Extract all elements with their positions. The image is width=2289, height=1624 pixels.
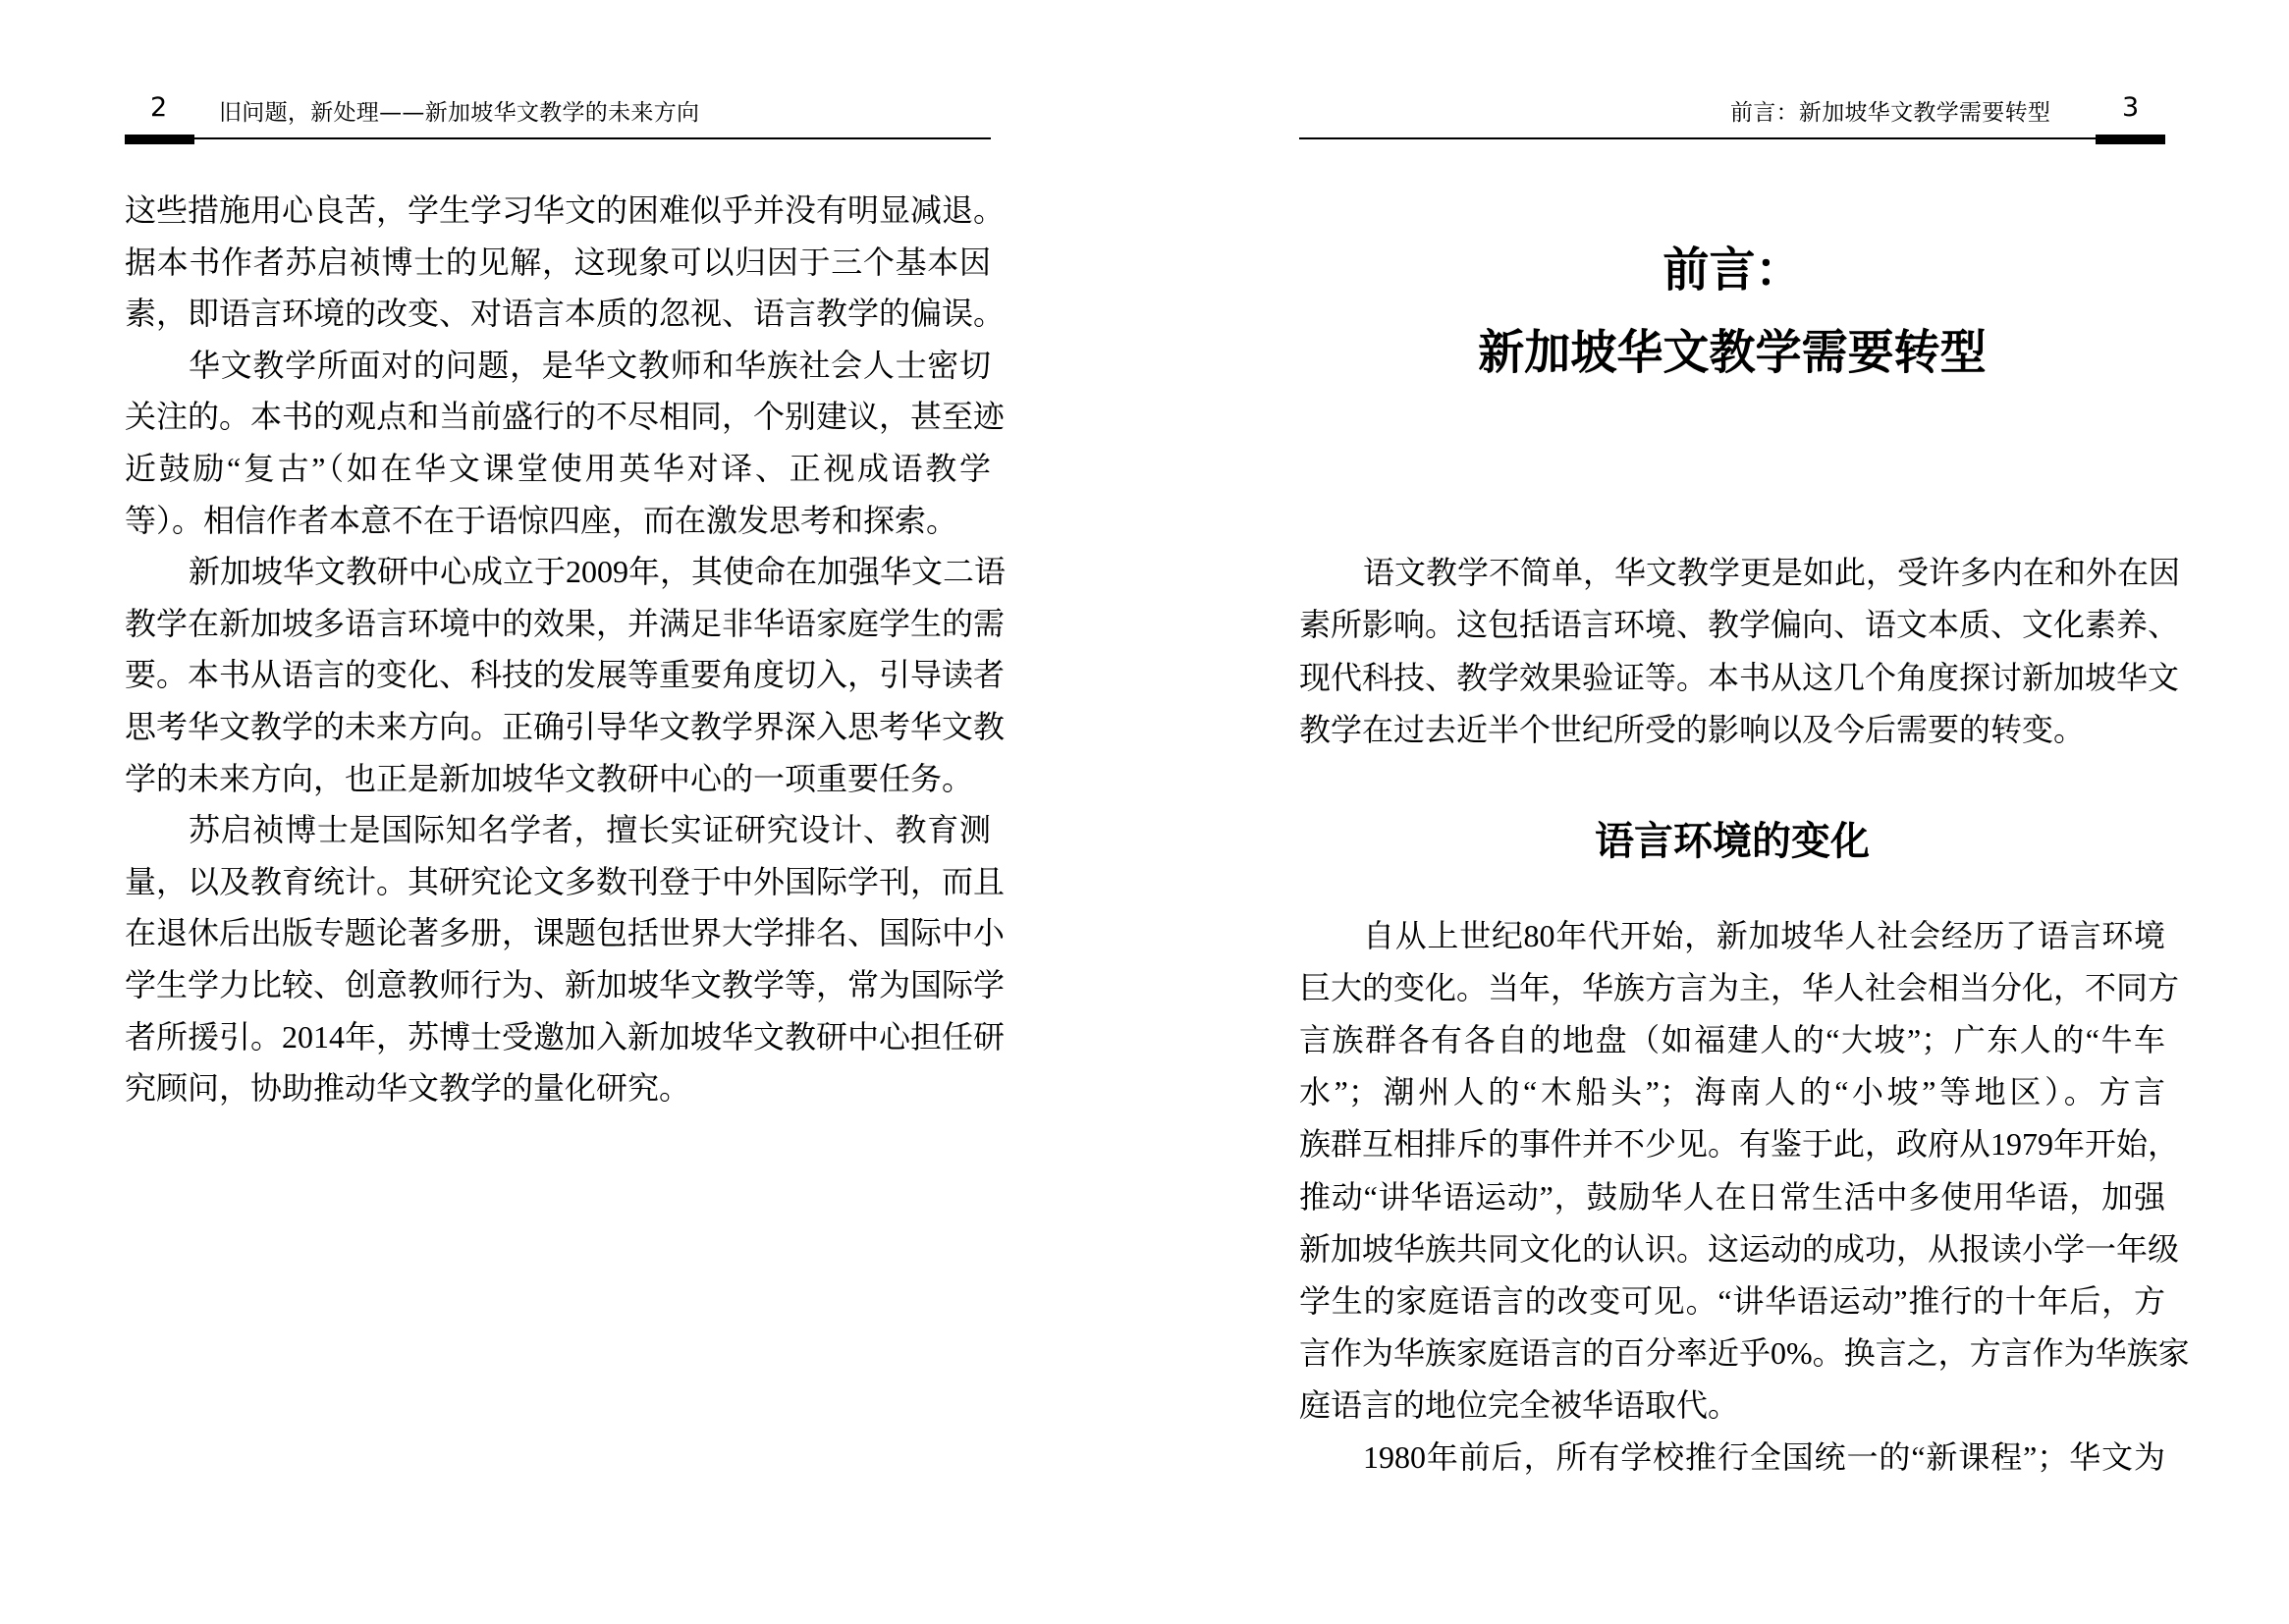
chapter-title-line1: 前言： — [1308, 242, 2156, 300]
text-line: 教学在新加坡多语言环境中的效果，并满足非华语家庭学生的需 — [125, 598, 991, 650]
text-line: 学的未来方向，也正是新加坡华文教研中心的一项重要任务。 — [125, 753, 991, 805]
text-line: 素所影响。这包括语言环境、教学偏向、语文本质、文化素养、 — [1299, 599, 2165, 651]
text-line: 庭语言的地位完全被华语取代。 — [1299, 1380, 2165, 1432]
text-line: 巨大的变化。当年，华族方言为主，华人社会相当分化，不同方 — [1299, 962, 2165, 1014]
text-line: 教学在过去近半个世纪所受的影响以及今后需要的转变。 — [1299, 704, 2165, 756]
text-line: 言作为华族家庭语言的百分率近乎0%。换言之，方言作为华族家 — [1299, 1327, 2165, 1380]
header-rule-bar — [2096, 135, 2165, 144]
running-head: 旧问题，新处理——新加坡华文教学的未来方向 — [219, 98, 699, 128]
text-line: 新加坡华文教研中心成立于2009年，其使命在加强华文二语 — [125, 546, 991, 598]
text-line: 在退休后出版专题论著多册，课题包括世界大学排名、国际中小 — [125, 907, 991, 959]
text-line: 要。本书从语言的变化、科技的发展等重要角度切入，引导读者 — [125, 649, 991, 701]
text-line: 新加坡华族共同文化的认识。这运动的成功，从报读小学一年级 — [1299, 1223, 2165, 1275]
text-line: 言族群各有各自的地盘（如福建人的“大坡”；广东人的“牛车 — [1299, 1014, 2165, 1066]
text-line: 族群互相排斥的事件并不少见。有鉴于此，政府从1979年开始， — [1299, 1118, 2165, 1170]
text-line: 等）。相信作者本意不在于语惊四座，而在激发思考和探索。 — [125, 495, 991, 547]
text-line: 究顾问，协助推动华文教学的量化研究。 — [125, 1062, 991, 1114]
text-line: 据本书作者苏启祯博士的见解，这现象可以归因于三个基本因 — [125, 237, 991, 289]
text-line: 近鼓励“复古”（如在华文课堂使用英华对译、正视成语教学 — [125, 443, 991, 495]
left-page: 2 旧问题，新处理——新加坡华文教学的未来方向 这些措施用心良苦，学生学习华文的… — [125, 0, 991, 1624]
text-line: 自从上世纪80年代开始，新加坡华人社会经历了语言环境 — [1299, 910, 2165, 962]
page-number: 3 — [2122, 92, 2139, 124]
text-line: 者所援引。2014年，苏博士受邀加入新加坡华文教研中心担任研 — [125, 1011, 991, 1063]
page-number: 2 — [150, 92, 167, 124]
text-line: 思考华文教学的未来方向。正确引导华文教学界深入思考华文教 — [125, 701, 991, 753]
right-page: 前言：新加坡华文教学需要转型 3 前言： 新加坡华文教学需要转型 语文教学不简单… — [1299, 0, 2165, 1624]
section-heading: 语言环境的变化 — [1299, 817, 2165, 866]
chapter-title-line2: 新加坡华文教学需要转型 — [1308, 324, 2156, 383]
text-line: 华文教学所面对的问题，是华文教师和华族社会人士密切 — [125, 340, 991, 392]
text-line: 学生的家庭语言的改变可见。“讲华语运动”推行的十年后，方 — [1299, 1275, 2165, 1327]
text-line: 这些措施用心良苦，学生学习华文的困难似乎并没有明显减退。 — [125, 185, 991, 237]
text-line: 语文教学不简单，华文教学更是如此，受许多内在和外在因 — [1299, 547, 2165, 599]
text-line: 1980年前后，所有学校推行全国统一的“新课程”；华文为 — [1299, 1432, 2165, 1484]
running-head: 前言：新加坡华文教学需要转型 — [1730, 98, 2050, 128]
header-rule — [1299, 137, 2165, 139]
text-line: 素，即语言环境的改变、对语言本质的忽视、语言教学的偏误。 — [125, 288, 991, 340]
text-line: 量，以及教育统计。其研究论文多数刊登于中外国际学刊，而且 — [125, 856, 991, 908]
text-line: 苏启祯博士是国际知名学者，擅长实证研究设计、教育测 — [125, 804, 991, 856]
text-line: 水”；潮州人的“木船头”；海南人的“小坡”等地区）。方言 — [1299, 1066, 2165, 1118]
text-line: 学生学力比较、创意教师行为、新加坡华文教学等，常为国际学 — [125, 959, 991, 1011]
text-line: 关注的。本书的观点和当前盛行的不尽相同，个别建议，甚至迹 — [125, 391, 991, 443]
header-rule-bar — [125, 135, 194, 144]
text-line: 推动“讲华语运动”，鼓励华人在日常生活中多使用华语，加强 — [1299, 1171, 2165, 1223]
text-line: 现代科技、教学效果验证等。本书从这几个角度探讨新加坡华文 — [1299, 652, 2165, 704]
header-rule — [125, 137, 991, 139]
